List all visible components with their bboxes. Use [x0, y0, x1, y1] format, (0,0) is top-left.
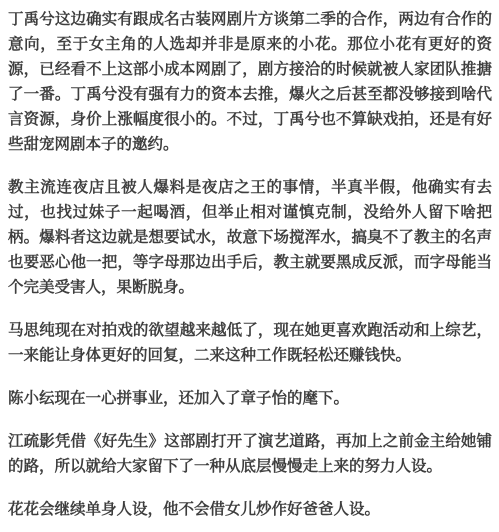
paragraph: 马思纯现在对拍戏的欲望越来越低了，现在她更喜欢跑活动和上综艺，一来能让身体更好的…: [8, 318, 492, 368]
paragraph: 丁禹兮这边确实有跟成名古装网剧片方谈第二季的合作，两边有合作的意向，至于女主角的…: [8, 7, 492, 157]
paragraph: 花花会继续单身人设，他不会借女儿炒作好爸爸人设。: [8, 497, 492, 522]
paragraph: 陈小纭现在一心拼事业，还加入了章子怡的麾下。: [8, 386, 492, 411]
paragraph: 教主流连夜店且被人爆料是夜店之王的事情，半真半假，他确实有去过，也找过妹子一起喝…: [8, 175, 492, 300]
paragraph: 江疏影凭借《好先生》这部剧打开了演艺道路，再加上之前金主给她铺的路，所以就给大家…: [8, 429, 492, 479]
article-body: 丁禹兮这边确实有跟成名古装网剧片方谈第二季的合作，两边有合作的意向，至于女主角的…: [0, 0, 499, 522]
